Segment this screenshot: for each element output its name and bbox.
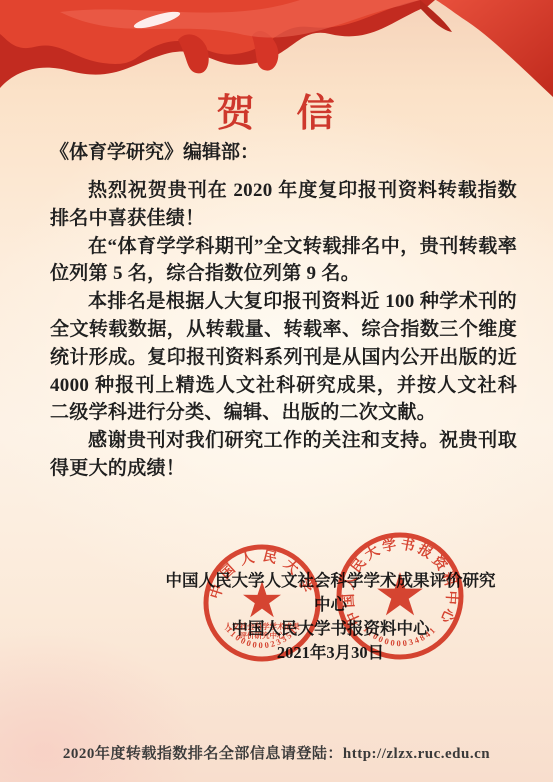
letter-title: 贺 信: [0, 82, 553, 137]
seal-press-materials-center: 中国人民大学书报资料中心 1100000034841: [333, 529, 467, 663]
paragraph-ranking: 在“体育学学科期刊”全文转载排名中，贵刊转载率位列第 5 名，综合指数位列第 9…: [50, 233, 517, 289]
letter-body: 《体育学研究》编辑部： 热烈祝贺贵刊在 2020 年度复印报刊资料转载指数排名中…: [50, 139, 517, 483]
star-icon: [243, 581, 281, 617]
footer-note: 2020年度转载指数排名全部信息请登陆：http://zlzx.ruc.edu.…: [0, 742, 553, 763]
seal-evaluation-center: 中国人民大学 人文社会科学学术成果 评价研究中心 1100000023351: [200, 541, 324, 665]
congratulation-letter-page: 贺 信 《体育学研究》编辑部： 热烈祝贺贵刊在 2020 年度复印报刊资料转载指…: [0, 0, 553, 782]
paragraph-methodology: 本排名是根据人大复印报刊资料近 100 种学术刊的全文转载数据，从转载量、转载率…: [50, 288, 517, 427]
seal-number: 1100000034841: [361, 624, 438, 648]
recipient-line: 《体育学研究》编辑部：: [50, 139, 517, 167]
paragraph-thanks: 感谢贵刊对我们研究工作的关注和支持。祝贵刊取得更大的成绩！: [50, 427, 517, 483]
star-icon: [377, 572, 423, 615]
svg-text:1100000034841: 1100000034841: [361, 624, 438, 648]
paragraph-congrats: 热烈祝贺贵刊在 2020 年度复印报刊资料转载指数排名中喜获佳绩！: [50, 177, 517, 233]
